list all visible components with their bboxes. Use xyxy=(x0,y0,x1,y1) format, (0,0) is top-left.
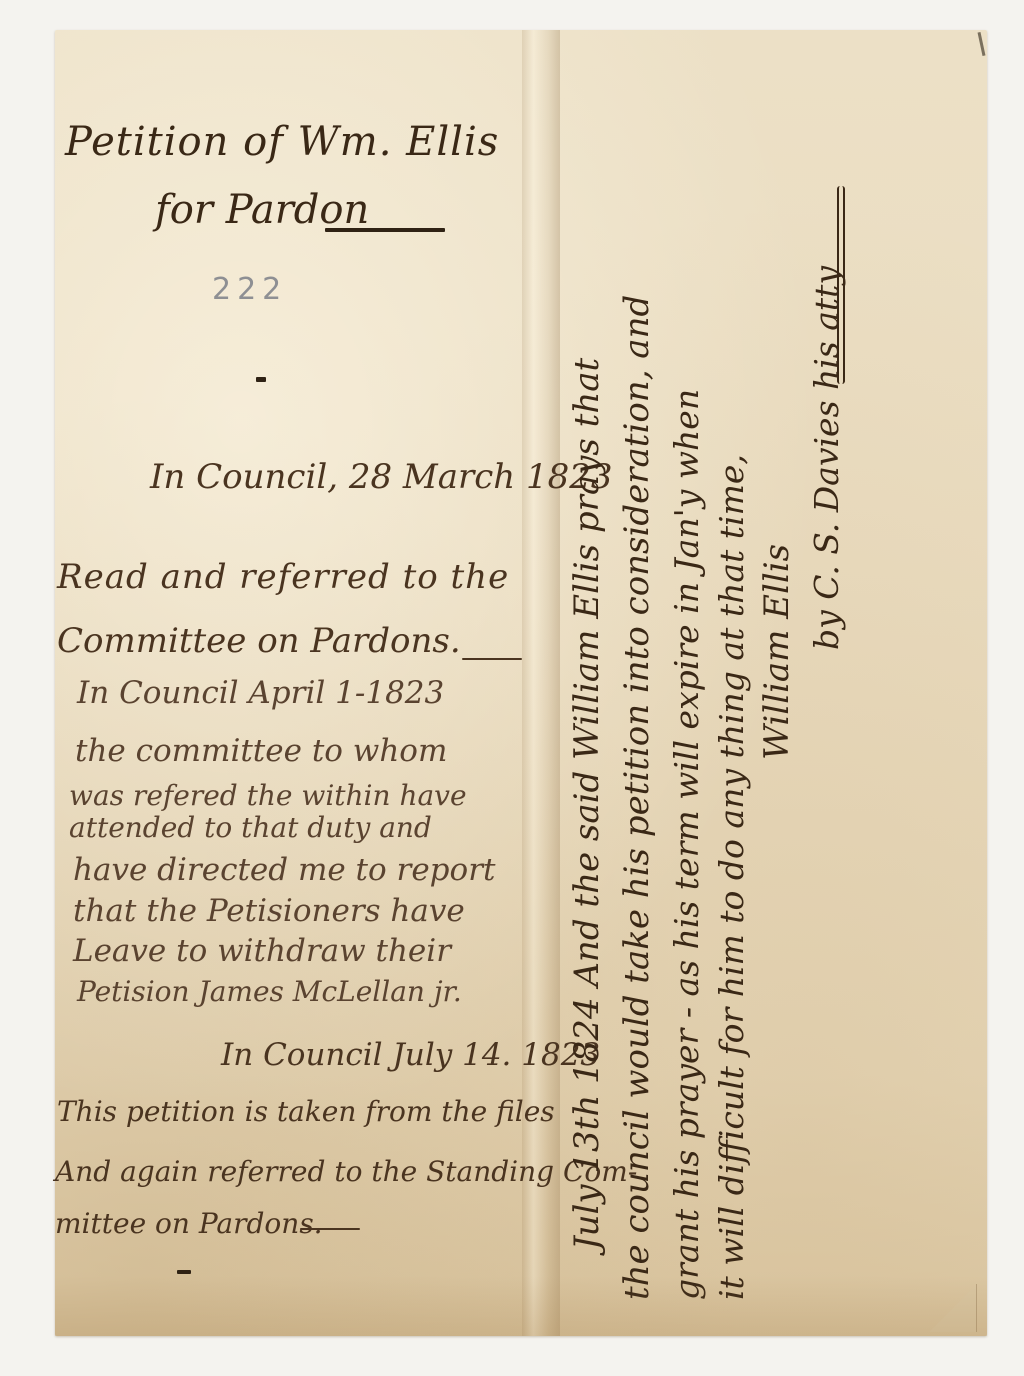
signature-flourish xyxy=(837,186,845,384)
scan-background: Petition of Wm. Ellis for Pardon 222 In … xyxy=(0,0,1024,1376)
endorsement-2-signature-line: Petision James McLellan jr. xyxy=(77,978,462,1006)
docket-title-line1: Petition of Wm. Ellis xyxy=(65,122,499,162)
endorsement-2-heading: In Council April 1-1823 xyxy=(77,678,444,709)
title-underline-flourish xyxy=(325,228,445,232)
endorsement-2-line: that the Petisioners have xyxy=(73,896,465,927)
folded-corner xyxy=(930,1284,977,1332)
endorsement-1-line: Committee on Pardons. xyxy=(57,624,461,658)
line-end-rule xyxy=(462,658,522,660)
manuscript-page: Petition of Wm. Ellis for Pardon 222 In … xyxy=(55,30,987,1336)
endorsement-2-line: have directed me to report xyxy=(73,855,495,886)
line-end-rule xyxy=(300,1228,360,1230)
ink-dash-mark xyxy=(177,1270,191,1274)
pencil-file-number: 222 xyxy=(212,272,287,307)
vertical-note-line: grant his prayer - as his term will expi… xyxy=(670,389,703,1300)
endorsement-3-heading: In Council July 14. 1823 xyxy=(221,1040,600,1071)
vertical-note-line: it will difficult for him to do any thin… xyxy=(715,454,748,1300)
ink-dash-mark xyxy=(256,377,266,382)
vertical-note-line: the council would take his petition into… xyxy=(620,295,654,1300)
endorsement-2-line: attended to that duty and xyxy=(69,814,432,842)
endorsement-3-line: This petition is taken from the files xyxy=(57,1098,555,1126)
endorsement-3-line: And again referred to the Standing Com- xyxy=(55,1158,637,1186)
endorsement-3-line: mittee on Pardons. xyxy=(55,1210,323,1238)
endorsement-2-line: Leave to withdraw their xyxy=(73,936,451,967)
endorsement-1-line: Read and referred to the xyxy=(57,560,509,594)
center-fold-crease xyxy=(522,30,560,1336)
torn-edge-mark xyxy=(978,32,986,56)
endorsement-2-line: was refered the within have xyxy=(69,782,467,810)
vertical-note-signature: William Ellis xyxy=(760,544,794,760)
endorsement-2-line: the committee to whom xyxy=(75,736,447,767)
vertical-note-line: July 13th 1824 And the said William Elli… xyxy=(570,358,604,1250)
docket-title-line2: for Pardon xyxy=(155,190,369,230)
endorsement-1-heading: In Council, 28 March 1823 xyxy=(150,460,613,494)
